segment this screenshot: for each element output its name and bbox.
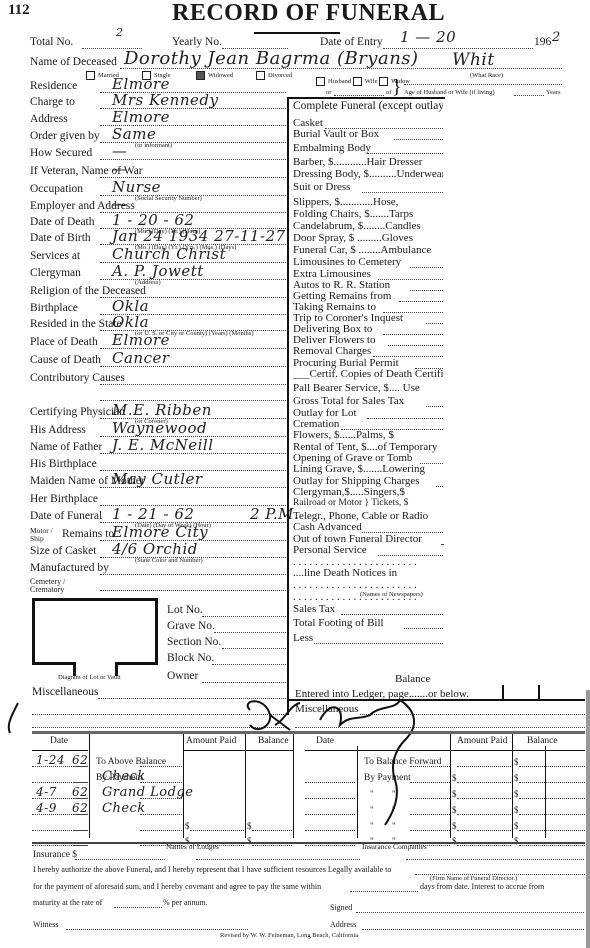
divorced-checkbox[interactable] [256, 71, 265, 80]
currency-sign: $ [514, 805, 519, 815]
ledger-column-divider [89, 734, 90, 838]
ledger-balance-header-2: Balance [527, 736, 558, 746]
ledger-balance-line[interactable] [252, 830, 292, 831]
charge-item: Door Spray, $ .........Gloves [293, 232, 443, 244]
ledger-yr-line[interactable] [73, 782, 87, 783]
ledger-column-divider [293, 734, 294, 838]
ledger-desc-line[interactable] [140, 782, 182, 783]
ledger-balance-line-2[interactable] [519, 830, 585, 831]
ledger-date-value: 1-24 [36, 753, 65, 767]
ledger-yr-line[interactable] [73, 845, 87, 846]
race-caption: (What Race) [470, 72, 503, 79]
owner-line [202, 682, 286, 683]
charge-item: Gross Total for Sales Tax [293, 395, 443, 407]
lot-diagram-caption: Diagram of Lot or Vault [58, 674, 121, 681]
percent-text: % per annum. [163, 898, 208, 907]
charge-item: Complete Funeral (except outlays) [293, 100, 443, 112]
ledger-date-header: Date [50, 736, 68, 746]
field-value: Church Christ [112, 245, 226, 263]
field-value: 4/6 Orchid [112, 540, 198, 558]
scan-edge [586, 690, 590, 948]
field-caption: (or informant) [135, 142, 172, 149]
currency-sign: $ [452, 836, 457, 846]
widowed-checkbox[interactable] [196, 71, 205, 80]
charge-item: Railroad or Motor } Tickets, $ [293, 498, 443, 508]
field-label: Remains to [62, 528, 114, 540]
charge-item-line[interactable] [362, 192, 443, 193]
field-label: Date of Funeral [30, 510, 102, 522]
ditto-mark: " [370, 805, 374, 815]
married-checkbox[interactable] [86, 71, 95, 80]
charge-item: Pall Bearer Service, $.... Use [293, 382, 443, 394]
date-of-entry-value: 1 — 20 [400, 28, 456, 46]
field-line[interactable] [100, 384, 286, 385]
wife-checkbox[interactable] [353, 77, 362, 86]
ledger-divider-2 [538, 685, 540, 699]
companies-label: Insurance Companies [362, 843, 406, 851]
ledger-balance-line-2[interactable] [519, 766, 585, 767]
ledger-handwritten: Grand Lodge [102, 785, 193, 800]
section-no-line [222, 648, 286, 649]
field-value: Nurse [112, 178, 161, 196]
age-spouse-line [514, 95, 544, 96]
ledger-amount-line-2[interactable] [457, 782, 511, 783]
charge-item: ___Certif. Copies of Death Certificate [293, 368, 443, 380]
ledger-amount-line-2[interactable] [457, 845, 511, 846]
block-no-line [212, 664, 286, 665]
charge-item: ....line Death Notices in [293, 567, 443, 579]
ledger-column-divider [545, 746, 546, 838]
ledger-amount-line-2[interactable] [457, 766, 511, 767]
ledger-desc-line-2[interactable] [410, 798, 450, 799]
ditto-mark: " [370, 789, 374, 799]
currency-sign: $ [514, 821, 519, 831]
ledger-date-line-2[interactable] [305, 830, 355, 831]
address-label: Address [330, 920, 356, 929]
ledger-yr-line[interactable] [73, 830, 87, 831]
ledger-subrule [305, 750, 450, 751]
spouse-brace: } [392, 76, 402, 99]
currency-sign: $ [452, 789, 457, 799]
field-value: Same [112, 125, 156, 143]
ledger-divider-1 [502, 685, 504, 699]
grave-no-label: Grave No. [167, 620, 215, 632]
field-label: Size of Casket [30, 545, 96, 557]
spouse-or: or [326, 89, 331, 96]
field-value: — [112, 160, 128, 178]
total-no-value: 2 [116, 26, 124, 39]
page-number: 112 [8, 2, 30, 19]
ledger-subrule [450, 750, 585, 751]
date-of-entry-label: Date of Entry [320, 36, 383, 48]
currency-sign: $ [452, 773, 457, 783]
charge-item: Flowers, $......Palms, $ [293, 429, 443, 441]
ledger-desc-line[interactable] [140, 814, 182, 815]
charge-item-line[interactable] [314, 643, 443, 644]
ledger-amount-line[interactable] [190, 830, 244, 831]
page-title: RECORD OF FUNERAL [172, 0, 445, 27]
lot-diagram-bottom-left [32, 662, 74, 665]
total-no-label: Total No. [30, 36, 73, 48]
signed-label: Signed [330, 903, 352, 912]
ledger-subrule [183, 750, 293, 751]
field-label: Religion of the Deceased [30, 285, 146, 297]
husband-checkbox[interactable] [316, 77, 325, 86]
firm-caption: (Firm Name of Funeral Director.) [430, 875, 517, 882]
ledger-column-divider [357, 746, 358, 838]
charge-item: . . . . . . . . . . . . . . . . . . . . … [293, 579, 443, 591]
field-line[interactable] [100, 590, 286, 591]
field-value: Jan 24 1934 27-11-27 [112, 227, 286, 245]
charge-item: Folding Chairs, $.......Tarps [293, 208, 443, 220]
age-spouse-label: Age of Husband or Wife (if living) [404, 89, 495, 96]
witness-line[interactable] [66, 929, 248, 930]
race-value: Whit [452, 50, 495, 70]
field-label: Residence [30, 80, 77, 92]
ledger-handwritten: Check [102, 801, 146, 816]
authorize-text: I hereby authorize the above Funeral, an… [33, 865, 391, 874]
currency-sign: $ [452, 805, 457, 815]
ledger-date-header-2: Date [316, 736, 334, 746]
revised-by: Revised by W. W. Feineman, Long Beach, C… [220, 932, 358, 939]
field-line[interactable] [100, 159, 286, 160]
spouse-line [334, 95, 384, 96]
lodges-label: Names of Lodges [166, 843, 206, 851]
year-value: 2 [552, 30, 561, 45]
field-label: Manufactured by [30, 562, 109, 574]
currency-sign: $ [514, 773, 519, 783]
remains-prefix: Motor / Ship [30, 527, 54, 543]
ledger-desc-line-2[interactable] [410, 830, 450, 831]
spouse-of: of [386, 89, 391, 96]
field-value: May Cutler [112, 470, 203, 488]
ditto-mark: " [392, 821, 396, 831]
owner-label: Owner [167, 670, 198, 682]
field-label: Occupation [30, 183, 83, 195]
charge-item-line[interactable] [394, 139, 443, 140]
field-value: — [112, 142, 128, 160]
ledger-amount-line-2[interactable] [457, 798, 511, 799]
ledger-desc-line[interactable] [140, 766, 182, 767]
field-value: Elmore [112, 331, 170, 349]
field-line[interactable] [100, 574, 286, 575]
ledger-desc-line-2[interactable] [410, 766, 450, 767]
field-label: Cause of Death [30, 354, 101, 366]
ledger-balance-line-2[interactable] [519, 782, 585, 783]
field-label: Order given by [30, 130, 100, 142]
charge-item: Candelabrum, $........Candles [293, 220, 443, 232]
ditto-mark: " [392, 789, 396, 799]
yearly-no-label: Yearly No. [172, 36, 222, 48]
section-no-label: Section No. [167, 636, 221, 648]
charges-overlay [445, 97, 590, 697]
maturity-text: maturity at the rate of [33, 898, 102, 907]
field-label: Place of Death [30, 336, 98, 348]
lot-diagram [32, 598, 158, 665]
lot-no-line [202, 616, 286, 617]
ledger-balance-line-2[interactable] [519, 814, 585, 815]
field-label: Name of Father [30, 441, 102, 453]
ledger-subrule [32, 750, 88, 751]
field-value: Elmore [112, 108, 170, 126]
ledger-date-line-2[interactable] [305, 798, 355, 799]
charge-item: Lining Grave, $.......Lowering [293, 463, 443, 475]
days-line [350, 891, 418, 892]
charge-item-line[interactable] [367, 153, 443, 154]
ledger-desc-line-2[interactable] [410, 814, 450, 815]
field-value: A. P. Jowett [112, 262, 204, 280]
footer-rule [32, 842, 585, 844]
currency-sign: $ [514, 789, 519, 799]
ledger-date-value: 4-9 [36, 801, 57, 815]
ledger-date-line-2[interactable] [305, 845, 355, 846]
currency-sign: $ [247, 821, 252, 831]
widow-checkbox[interactable] [379, 77, 388, 86]
field-label: How Secured [30, 147, 92, 159]
field-label: Her Birthplace [30, 493, 98, 505]
lot-diagram-bottom-right [115, 662, 155, 665]
charge-item-line[interactable] [404, 628, 443, 629]
field-value: Okla [112, 313, 149, 331]
ledger-balance-line-2[interactable] [519, 845, 585, 846]
marital-widowed[interactable]: Widowed [196, 71, 233, 80]
currency-sign: $ [247, 836, 252, 846]
field-value: M.E. Ribben [112, 401, 212, 419]
field-label: Date of Birth [30, 232, 91, 244]
field-value-2: 2 P.M. [250, 505, 299, 523]
signed-line[interactable] [356, 912, 584, 913]
charge-item: Barber, $............Hair Dresser [293, 156, 443, 168]
field-label: Services at [30, 250, 80, 262]
ledger-yr-value: 62 [72, 801, 88, 815]
ledger-top-rule [32, 731, 585, 734]
ledger-amount-line-2[interactable] [457, 814, 511, 815]
field-value: Cancer [112, 349, 170, 367]
field-value: Waynewood [112, 419, 207, 437]
address-line[interactable] [362, 929, 584, 930]
marital-divorced[interactable]: Divorced [256, 71, 292, 80]
charges-box-left [287, 97, 289, 715]
witness-label: Witness [33, 920, 58, 929]
field-value: Elmore City [112, 523, 208, 541]
charge-item: Dressing Body, $..........Underwear [293, 168, 443, 180]
days-text: days from date. Interest to accrue from [420, 882, 544, 891]
field-label: His Address [30, 424, 86, 436]
ledger-date-line-2[interactable] [305, 814, 355, 815]
ledger-yr-value: 62 [72, 785, 88, 799]
block-no-label: Block No. [167, 652, 214, 664]
insurance-label: Insurance $ [33, 850, 77, 860]
age-spouse-unit: Years [546, 89, 561, 96]
charge-item: Funeral Car, $ ........Ambulance [293, 244, 443, 256]
currency-sign: $ [452, 821, 457, 831]
payment-text: for the payment of aforesaid sum, and I … [33, 882, 321, 891]
lot-no-label: Lot No. [167, 604, 203, 616]
lodges-line [196, 859, 360, 860]
grave-no-line [214, 632, 286, 633]
field-value: 1 - 21 - 62 [112, 505, 194, 523]
spouse-name-line [404, 84, 562, 85]
field-value: Mrs Kennedy [112, 91, 218, 109]
field-label: Date of Death [30, 216, 95, 228]
currency-sign: $ [514, 836, 519, 846]
insurance-line [75, 859, 165, 860]
ledger-balance-line[interactable] [252, 845, 292, 846]
ledger-desc-line[interactable] [140, 830, 182, 831]
field-caption: (Social Security Number) [135, 195, 202, 202]
ledger-handwritten: Check [102, 769, 146, 784]
ledger-date-value: 4-7 [36, 785, 57, 799]
charge-item: Slippers, $............Hose, [293, 196, 443, 208]
title-underline [254, 32, 340, 34]
ledger-balance-line-2[interactable] [519, 798, 585, 799]
field-label: Contributory Causes [30, 372, 125, 384]
field-label: Resided in the State [30, 318, 122, 330]
balance-label: Balance [395, 673, 430, 685]
field-label: Birthplace [30, 302, 78, 314]
field-label: His Birthplace [30, 458, 97, 470]
charge-item-line[interactable] [341, 614, 443, 615]
deceased-name-value: Dorothy Jean Bagrma (Bryans) [124, 48, 419, 69]
currency-sign: $ [514, 757, 519, 767]
ledger-desc-line-2[interactable] [410, 782, 450, 783]
ledger-amount-header: Amount Paid [186, 736, 236, 746]
ledger-amount-header-2: Amount Paid [457, 736, 507, 746]
field-label: Clergyman [30, 267, 81, 279]
ledger-desc-2: By Payment [364, 773, 411, 783]
ditto-mark: " [392, 805, 396, 815]
charge-item: Clergyman,$.....Singers,$ [293, 486, 443, 498]
ledger-amount-line-2[interactable] [457, 830, 511, 831]
newspaper-caption: (Names of Newspapers) [360, 591, 423, 598]
ledger-date-line-2[interactable] [305, 782, 355, 783]
ledger-yr-value: 62 [72, 753, 88, 767]
currency-sign: $ [185, 821, 190, 831]
field-caption: (State Color and Number) [135, 557, 203, 564]
ditto-mark: " [370, 821, 374, 831]
field-label: Charge to [30, 96, 75, 108]
companies-line [406, 859, 584, 860]
rate-line [114, 907, 162, 908]
name-of-deceased-label: Name of Deceased [30, 56, 117, 68]
ledger-balance-header: Balance [258, 736, 289, 746]
year-prefix: 196 [534, 36, 551, 48]
field-value: J. E. McNeill [112, 436, 214, 454]
field-label: Certifying Physician [30, 406, 125, 418]
field-label: Address [30, 113, 68, 125]
field-label: Cemetery / Crematory [30, 578, 80, 594]
